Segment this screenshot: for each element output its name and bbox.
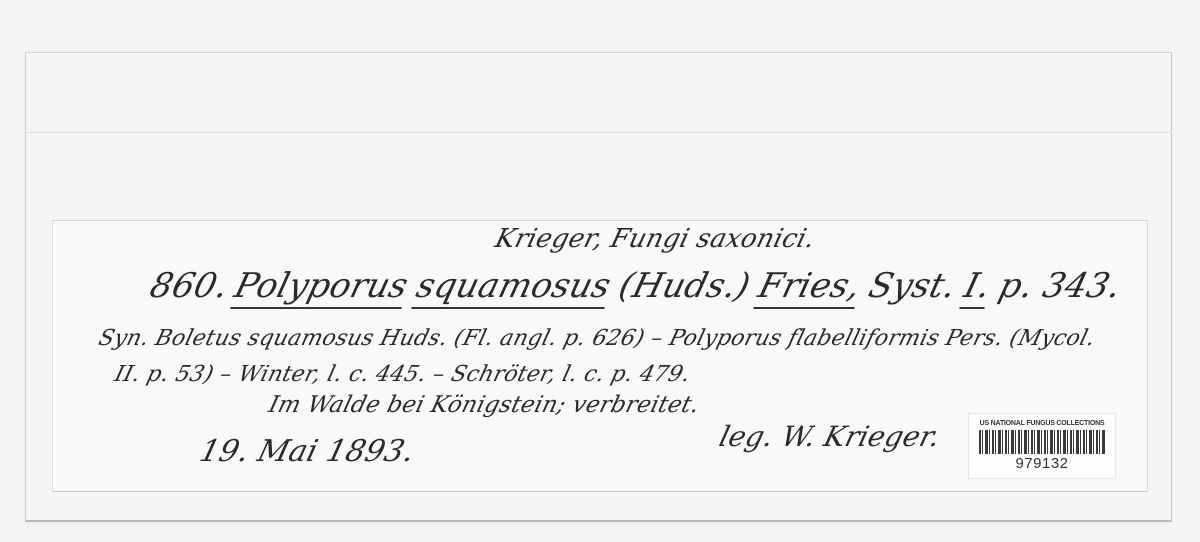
barcode-icon [979, 430, 1105, 454]
barcode-number: 979132 [969, 455, 1115, 472]
collector-signature: leg. W. Krieger. [716, 420, 944, 453]
herbarium-specimen-scan: Krieger, Fungi saxonici. 860.Polyporussq… [0, 0, 1200, 542]
citation-volume: I. [959, 266, 994, 309]
taxon-author: Fries, [754, 266, 865, 309]
species-epithet: squamosus [411, 266, 614, 309]
citation-work: Syst. [865, 266, 960, 306]
collection-heading: Krieger, Fungi saxonici. [492, 224, 818, 254]
genus-name: Polyporus [230, 266, 412, 309]
synonymy-line-2: II. p. 53) – Winter, l. c. 445. – Schröt… [112, 362, 693, 387]
envelope-flap-fold [25, 132, 1172, 133]
taxon-title-line: 860.Polyporussquamosus(Huds.)Fries,Syst.… [146, 266, 1125, 306]
exsiccata-number: 860. [146, 266, 232, 306]
habitat-locality: Im Walde bei Königstein; verbreitet. [266, 392, 702, 418]
synonymy-line-1: Syn. Boletus squamosus Huds. (Fl. angl. … [96, 326, 1098, 351]
barcode-institution: US National Fungus Collections [969, 420, 1115, 427]
collection-date: 19. Mai 1893. [196, 434, 418, 469]
citation-page: p. 343. [995, 266, 1125, 306]
barcode-label: US National Fungus Collections 979132 [968, 413, 1116, 479]
basionym-author: (Huds.) [615, 266, 754, 306]
